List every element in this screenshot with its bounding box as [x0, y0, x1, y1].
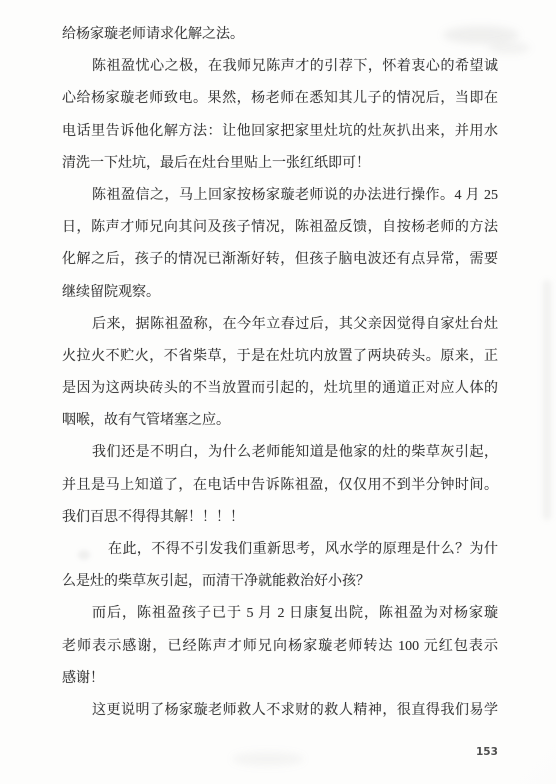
text-line: 清洗一下灶坑，最后在灶台里贴上一张红纸即可！: [62, 148, 498, 180]
text-line: 么是灶的柴草灰引起，而清干净就能救治好小孩？: [62, 566, 498, 598]
text-line: 这更说明了杨家璇老师救人不求财的救人精神，很直得我们易学: [62, 695, 498, 727]
text-line: 而后，陈祖盈孩子已于 5 月 2 日康复出院，陈祖盈为对杨家璇: [62, 598, 498, 630]
text-line: 我们还是不明白，为什么老师能知道是他家的灶的柴草灰引起，: [62, 437, 498, 469]
page-number: 153: [476, 746, 498, 758]
text-line: 并且是马上知道了，在电话中告诉陈祖盈，仅仅用不到半分钟时间。: [62, 470, 498, 502]
text-line: 化解之后，孩子的情况已渐渐好转，但孩子脑电波还有点异常，需要: [62, 244, 498, 276]
text-line: 老师表示感谢，已经陈声才师兄向杨家璇老师转达 100 元红包表示: [62, 631, 498, 663]
text-line: 给杨家璇老师请求化解之法。: [62, 19, 498, 51]
text-line: 心给杨家璇老师致电。果然，杨老师在悉知其儿子的情况后，当即在: [62, 83, 498, 115]
text-line: 日，陈声才师兄向其问及孩子情况，陈祖盈反馈，自按杨老师的方法: [62, 212, 498, 244]
text-line: 咽喉，故有气管堵塞之应。: [62, 405, 498, 437]
body-text: 给杨家璇老师请求化解之法。陈祖盈忧心之极，在我师兄陈声才的引荐下，怀着衷心的希望…: [62, 19, 498, 727]
text-line: 电话里告诉他化解方法：让他回家把家里灶坑的灶灰扒出来，并用水: [62, 116, 498, 148]
text-line: 陈祖盈忧心之极，在我师兄陈声才的引荐下，怀着衷心的希望诚: [62, 51, 498, 83]
scan-streak: [543, 280, 551, 520]
text-line: 后来，据陈祖盈称，在今年立春过后，其父亲因觉得自家灶台灶: [62, 309, 498, 341]
text-line: 感谢！: [62, 663, 498, 695]
text-line: 在此，不得不引发我们重新思考，风水学的原理是什么？为什: [62, 534, 498, 566]
document-page: 给杨家璇老师请求化解之法。陈祖盈忧心之极，在我师兄陈声才的引荐下，怀着衷心的希望…: [0, 0, 556, 784]
scan-smudge: [232, 752, 304, 766]
text-line: 我们百思不得得其解！！！！: [62, 502, 498, 534]
text-line: 是因为这两块砖头的不当放置而引起的，灶坑里的通道正对应人体的: [62, 373, 498, 405]
text-line: 继续留院观察。: [62, 277, 498, 309]
text-line: 陈祖盈信之，马上回家按杨家璇老师说的办法进行操作。4 月 25: [62, 180, 498, 212]
text-line: 火拉火不贮火，不省柴草，于是在灶坑内放置了两块砖头。原来，正: [62, 341, 498, 373]
